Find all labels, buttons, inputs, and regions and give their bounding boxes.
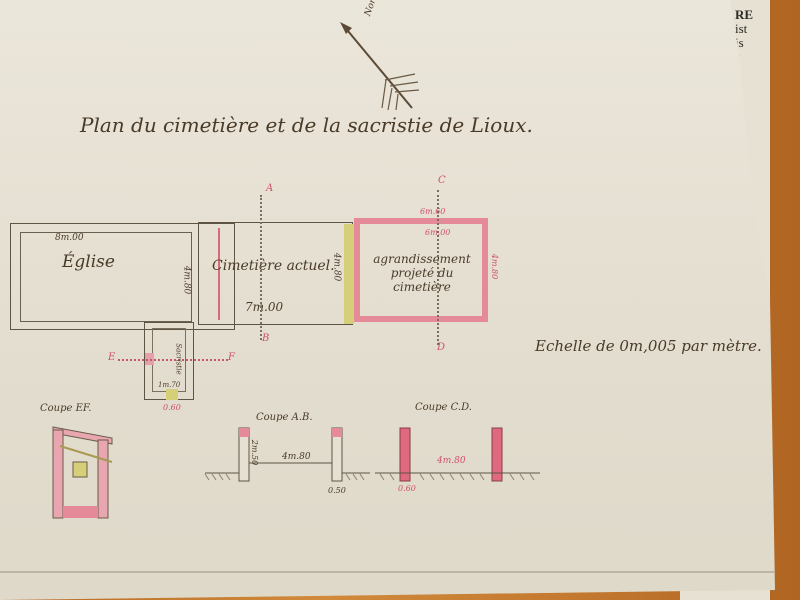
section-cd-drawing — [0, 0, 800, 600]
section-cd-span: 4m.80 — [437, 456, 466, 466]
section-cd-wall: 0.60 — [398, 484, 416, 493]
